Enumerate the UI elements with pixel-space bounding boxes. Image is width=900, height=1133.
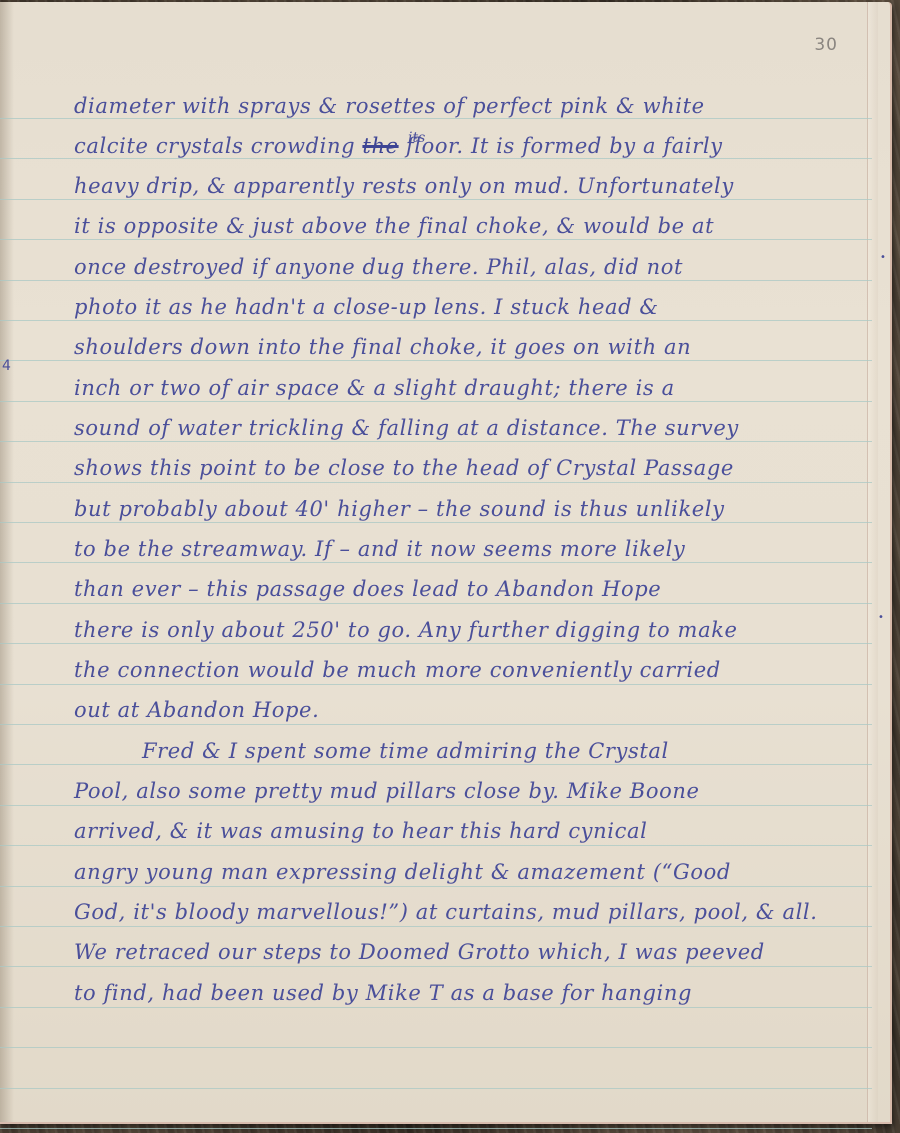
margin-mark: 4 (2, 358, 11, 374)
rule-line (0, 764, 872, 765)
text-line-14: there is only about 250' to go. Any furt… (74, 618, 738, 642)
rule-line (0, 1128, 872, 1129)
rule-line (0, 1047, 872, 1048)
struck-word: the (362, 134, 398, 158)
rule-line (0, 401, 872, 402)
rule-line (0, 280, 872, 281)
text-line-8: inch or two of air space & a slight drau… (74, 376, 675, 400)
margin-dot: • (880, 252, 886, 263)
text-line-17: Fred & I spent some time admiring the Cr… (74, 739, 669, 763)
text-line-13: than ever – this passage does lead to Ab… (74, 577, 661, 601)
notebook-page: 30 4 • • diameter with sprays & rosettes… (0, 2, 892, 1124)
text-line-7: shoulders down into the final choke, it … (74, 335, 691, 359)
text-line-2: calcite crystals crowding the floor. It … (74, 134, 723, 158)
rule-line (0, 845, 872, 846)
rule-line (0, 603, 872, 604)
text-line-22: We retraced our steps to Doomed Grotto w… (74, 940, 765, 964)
text-line-18: Pool, also some pretty mud pillars close… (74, 779, 699, 803)
text-line-23: to find, had been used by Mike T as a ba… (74, 981, 692, 1005)
text-line-6: photo it as he hadn't a close-up lens. I… (74, 295, 659, 319)
text-line-1: diameter with sprays & rosettes of perfe… (74, 94, 705, 118)
text-line-12: to be the streamway. If – and it now see… (74, 537, 685, 561)
rule-line (0, 1007, 872, 1008)
rule-line (0, 239, 872, 240)
rule-line (0, 886, 872, 887)
page-number: 30 (814, 35, 838, 55)
line-2-before: calcite crystals crowding (74, 134, 362, 158)
rule-line (0, 199, 872, 200)
rule-line (0, 118, 872, 119)
rule-line (0, 482, 872, 483)
text-line-10: shows this point to be close to the head… (74, 456, 734, 480)
rule-line (0, 643, 872, 644)
rule-line (0, 522, 872, 523)
text-line-19: arrived, & it was amusing to hear this h… (74, 819, 647, 843)
text-line-5: once destroyed if anyone dug there. Phil… (74, 255, 683, 279)
text-line-15: the connection would be much more conven… (74, 658, 721, 682)
rule-line (0, 724, 872, 725)
rule-line (0, 158, 872, 159)
line-2-after: floor. It is formed by a fairly (399, 134, 723, 158)
text-line-3: heavy drip, & apparently rests only on m… (74, 174, 734, 198)
text-line-9: sound of water trickling & falling at a … (74, 416, 739, 440)
margin-dot: • (878, 612, 884, 623)
rule-line (0, 320, 872, 321)
rule-line (0, 926, 872, 927)
rule-line (0, 966, 872, 967)
text-line-21: God, it's bloody marvellous!”) at curtai… (74, 900, 818, 924)
rule-line (0, 441, 872, 442)
rule-line (0, 805, 872, 806)
text-line-20: angry young man expressing delight & ama… (74, 860, 731, 884)
rule-line (0, 684, 872, 685)
text-line-11: but probably about 40' higher – the soun… (74, 497, 725, 521)
text-line-16: out at Abandon Hope. (74, 698, 319, 722)
text-line-4: it is opposite & just above the final ch… (74, 214, 714, 238)
rule-line (0, 562, 872, 563)
rule-line (0, 1088, 872, 1089)
rule-line (0, 360, 872, 361)
